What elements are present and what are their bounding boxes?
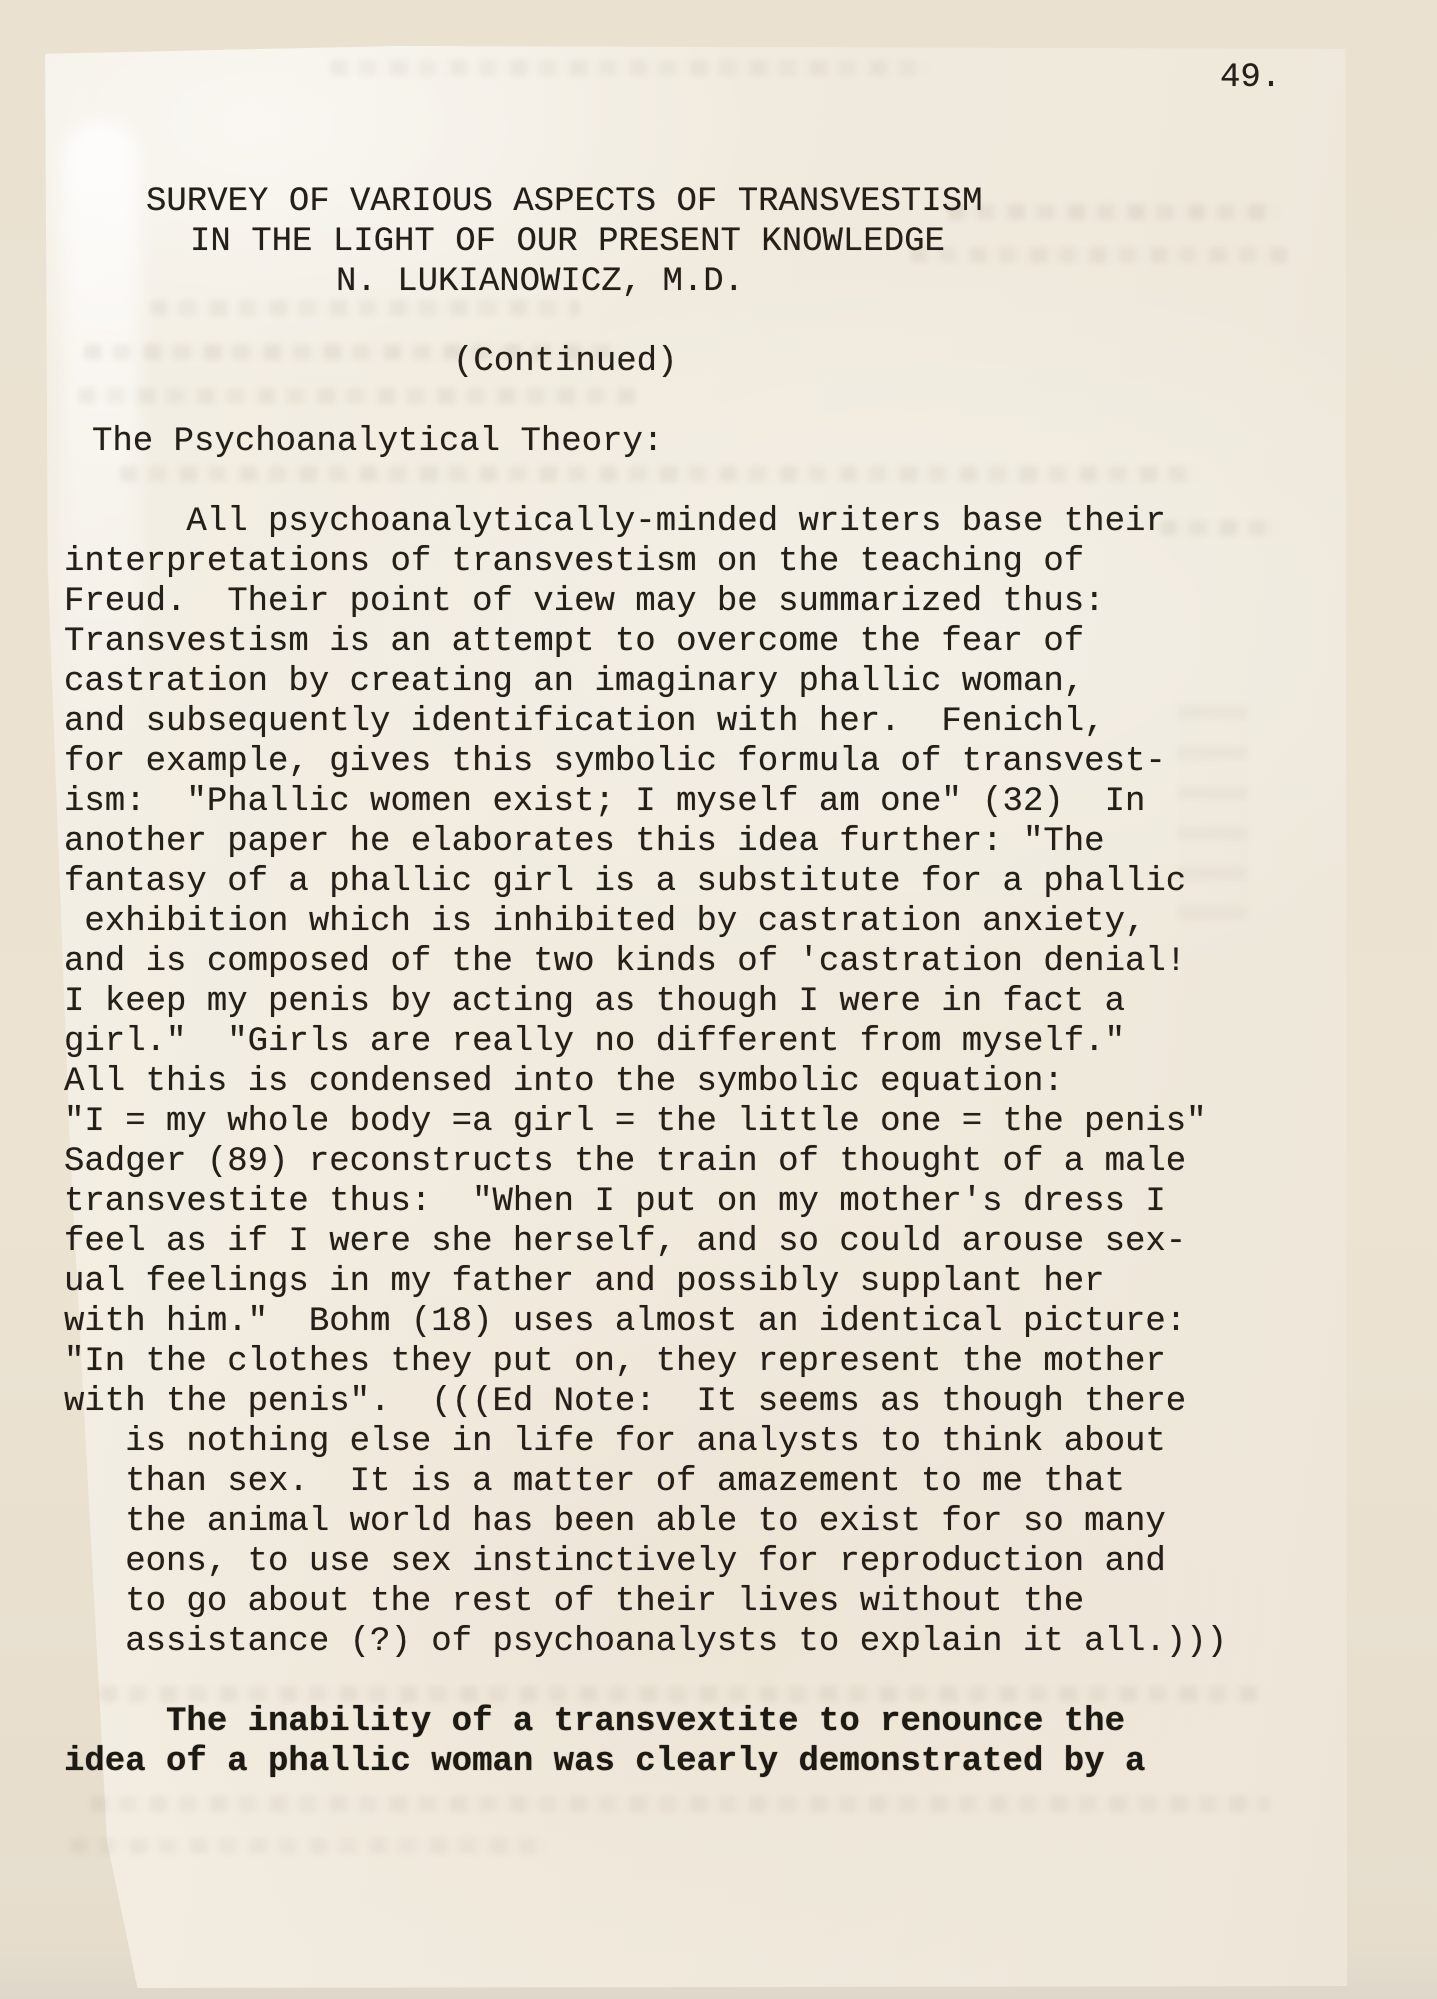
paragraph-line: exhibition which is inhibited by castrat… <box>64 902 1244 942</box>
paragraph-line: ual feelings in my father and possibly s… <box>64 1262 1244 1302</box>
paragraph-line: the animal world has been able to exist … <box>64 1502 1244 1542</box>
paragraph-line: assistance (?) of psychoanalysts to expl… <box>64 1622 1244 1662</box>
title-line-2: IN THE LIGHT OF OUR PRESENT KNOWLEDGE <box>190 222 1244 262</box>
paragraph-line: transvestite thus: "When I put on my mot… <box>64 1182 1244 1222</box>
paragraph-line: and subsequently identification with her… <box>64 702 1244 742</box>
paragraph-line: and is composed of the two kinds of 'cas… <box>64 942 1244 982</box>
paragraph-block: All psychoanalytically-minded writers ba… <box>64 502 1244 1662</box>
paragraph-line: Sadger (89) reconstructs the train of th… <box>64 1142 1244 1182</box>
paragraph-line: feel as if I were she herself, and so co… <box>64 1222 1244 1262</box>
bleed-through-smudge <box>90 1796 1270 1812</box>
paragraph-line: than sex. It is a matter of amazement to… <box>64 1462 1244 1502</box>
paragraph-line: Freud. Their point of view may be summar… <box>64 582 1244 622</box>
paragraph-line: I keep my penis by acting as though I we… <box>64 982 1244 1022</box>
bleed-through-smudge <box>330 60 930 76</box>
paragraph-line: "In the clothes they put on, they repres… <box>64 1342 1244 1382</box>
paragraph-line: All psychoanalytically-minded writers ba… <box>64 502 1244 542</box>
paragraph-line: All this is condensed into the symbolic … <box>64 1062 1244 1102</box>
paragraph-line: for example, gives this symbolic formula… <box>64 742 1244 782</box>
continued-label: (Continued) <box>453 342 1244 382</box>
paragraph-line: with the penis". (((Ed Note: It seems as… <box>64 1382 1244 1422</box>
title-line-1: SURVEY OF VARIOUS ASPECTS OF TRANSVESTIS… <box>146 182 1244 222</box>
paragraph-line: with him." Bohm (18) uses almost an iden… <box>64 1302 1244 1342</box>
bleed-through-smudge <box>70 1838 550 1854</box>
paragraph-line: is nothing else in life for analysts to … <box>64 1422 1244 1462</box>
page-number: 49. <box>1220 58 1281 98</box>
paragraph-line: fantasy of a phallic girl is a substitut… <box>64 862 1244 902</box>
paragraph-line: castration by creating an imaginary phal… <box>64 662 1244 702</box>
closing-line: The inability of a transvextite to renou… <box>64 1702 1244 1742</box>
paragraph-line: girl." "Girls are really no different fr… <box>64 1022 1244 1062</box>
byline: N. LUKIANOWICZ, M.D. <box>336 262 1244 302</box>
paragraph-line: Transvestism is an attempt to overcome t… <box>64 622 1244 662</box>
closing-line: idea of a phallic woman was clearly demo… <box>64 1742 1244 1782</box>
closing-paragraph-block: The inability of a transvextite to renou… <box>64 1702 1244 1782</box>
paragraph-line: eons, to use sex instinctively for repro… <box>64 1542 1244 1582</box>
paragraph-line: ism: "Phallic women exist; I myself am o… <box>64 782 1244 822</box>
paragraph-line: another paper he elaborates this idea fu… <box>64 822 1244 862</box>
text-column: SURVEY OF VARIOUS ASPECTS OF TRANSVESTIS… <box>64 182 1244 1782</box>
paragraph-line: to go about the rest of their lives with… <box>64 1582 1244 1622</box>
scanned-document: { "page_number": "49.", "header": { "tit… <box>0 0 1437 1999</box>
paragraph-line: interpretations of transvestism on the t… <box>64 542 1244 582</box>
section-heading: The Psychoanalytical Theory: <box>92 422 1244 462</box>
paragraph-line: "I = my whole body =a girl = the little … <box>64 1102 1244 1142</box>
